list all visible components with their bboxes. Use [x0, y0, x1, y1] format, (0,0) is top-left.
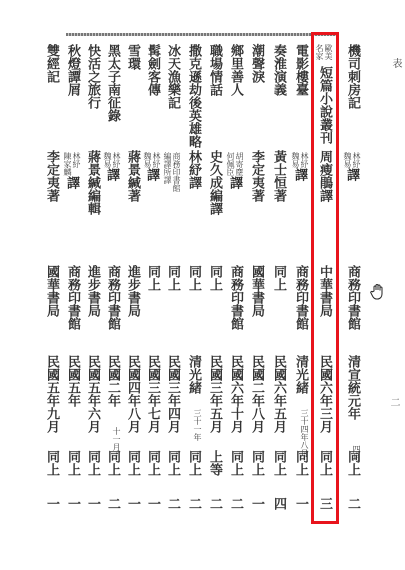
grade: 同上: [63, 450, 81, 476]
author: 史久成編譯: [205, 150, 223, 215]
author: 林紓譯: [184, 150, 202, 189]
table-row: 秋燈譚屑林紓陳家麟譯商務印書館民國五年同上一: [63, 0, 81, 570]
volume-count: 一: [42, 497, 60, 510]
publisher: 商務印書館: [343, 265, 361, 330]
book-title: 雙經記: [42, 44, 60, 83]
translated-suffix: 譯: [63, 176, 81, 189]
author-name: 林紓: [112, 152, 121, 168]
publish-date: 清光緒: [291, 355, 309, 394]
author-cell: 林紓魏易譯: [143, 152, 161, 181]
translated-suffix: 譯: [343, 168, 361, 181]
book-title: 雪環: [123, 44, 141, 70]
author: 蔣景緘編輯: [83, 150, 101, 215]
author-name: 魏易: [343, 152, 352, 168]
publish-date: 民國三年七月: [143, 355, 161, 433]
publisher: 商務印書館: [226, 265, 244, 330]
volume-count: 一: [143, 497, 161, 510]
page-number: 二: [386, 397, 401, 407]
volume-count: 二: [226, 497, 244, 510]
table-row: 黑太子南征錄林紓魏易譯商務印書館民國二年十一月同上二: [103, 0, 121, 570]
book-title: 電影樓臺: [291, 44, 309, 96]
grade: 同上: [42, 450, 60, 476]
author-cell: 商務印書館編譯所譯: [163, 152, 181, 192]
volume-count: 四: [269, 497, 287, 510]
author-cell: 林紓魏易譯: [343, 152, 361, 181]
author-name: 林紓: [152, 152, 161, 168]
grade: 同上: [184, 450, 202, 476]
author: 蔣景緘著: [123, 150, 141, 202]
grade: 上等: [205, 450, 223, 476]
volume-count: 一: [291, 497, 309, 510]
publisher: 進步書局: [83, 265, 101, 317]
volume-count: 一: [83, 497, 101, 510]
author-name: 何佩臣: [226, 152, 235, 176]
author-name: 商務印書館: [172, 152, 181, 192]
author: 黃士恒著: [269, 150, 287, 202]
grade: 同上: [143, 450, 161, 476]
grade: 同上: [343, 450, 361, 476]
publisher: 同上: [143, 265, 161, 291]
publish-date: 民國六年五月: [269, 355, 287, 433]
translated-suffix: 譯: [226, 176, 244, 189]
table-row: 電影樓臺林紓魏易譯商務印書館清光緒三十四年八月同上一: [291, 0, 309, 570]
author: 李定夷著: [42, 150, 60, 202]
volume-count: 二: [184, 497, 202, 510]
highlight-box: [311, 32, 339, 524]
publish-date: 民國五年九月: [42, 355, 60, 433]
translated-suffix: 譯: [291, 168, 309, 181]
publisher: 同上: [184, 265, 202, 291]
grade: 同上: [269, 450, 287, 476]
publisher: 同上: [269, 265, 287, 291]
book-title: 冰天漁樂記: [163, 44, 181, 109]
book-title: 黑太子南征錄: [103, 44, 121, 122]
publish-date: 民國二年八月: [247, 355, 265, 433]
book-title: 鄉里善人: [226, 44, 244, 96]
author-name: 魏易: [291, 152, 300, 168]
publish-date: 民國五年六月: [83, 355, 101, 433]
publish-date: 民國三年五月: [205, 355, 223, 433]
table-row: 冰天漁樂記商務印書館編譯所譯同上民國三年四月同上二: [163, 0, 181, 570]
publish-date: 民國五年: [63, 355, 81, 407]
author-names: 林紓魏易: [143, 152, 161, 168]
book-title: 職場情話: [205, 44, 223, 96]
book-title: 撒克遜劫後英雄略: [184, 44, 202, 148]
publish-date: 民國四年八月: [123, 355, 141, 433]
publisher: 同上: [205, 265, 223, 291]
author-cell: 胡寄塵何佩臣譯: [226, 152, 244, 189]
table-row: 雙經記李定夷著國華書局民國五年九月同上一: [42, 0, 60, 570]
volume-count: 二: [343, 497, 361, 510]
publish-date-detail: 十一月: [103, 427, 121, 451]
grade: 同上: [123, 450, 141, 476]
publish-date: 清宣統元年: [343, 355, 361, 420]
book-title: 髯劍客傳: [143, 44, 161, 96]
publisher: 國華書局: [42, 265, 60, 317]
translated-suffix: 譯: [143, 168, 161, 181]
translated-suffix: 譯: [103, 168, 121, 181]
author-names: 林紓魏易: [103, 152, 121, 168]
author-name: 林紓: [300, 152, 309, 168]
table-row: 雪環蔣景緘著進步書局民國四年八月同上一: [123, 0, 141, 570]
volume-count: 二: [163, 497, 181, 510]
table-row: 髯劍客傳林紓魏易譯同上民國三年七月同上一: [143, 0, 161, 570]
book-title: 秋燈譚屑: [63, 44, 81, 96]
volume-count: 二: [103, 497, 121, 510]
author-name: 胡寄塵: [235, 152, 244, 176]
author-names: 林紓魏易: [343, 152, 361, 168]
volume-count: 一: [63, 497, 81, 510]
publisher: 商務印書館: [103, 265, 121, 330]
table-row: 快活之旅行蔣景緘編輯進步書局民國五年六月同上一: [83, 0, 101, 570]
book-title: 快活之旅行: [83, 44, 101, 109]
author-name: 陳家麟: [63, 152, 72, 176]
table-label: 表: [388, 58, 403, 68]
author-name: 林紓: [352, 152, 361, 168]
volume-count: 一: [247, 497, 265, 510]
grade: 同上: [103, 450, 121, 476]
author-cell: 林紓魏易譯: [103, 152, 121, 181]
author-names: 胡寄塵何佩臣: [226, 152, 244, 176]
book-title: 潮聲淚: [247, 44, 265, 83]
volume-count: 一: [123, 497, 141, 510]
publish-date: 民國六年十月: [226, 355, 244, 433]
author-name: 魏易: [143, 152, 152, 168]
grade: 同上: [247, 450, 265, 476]
publisher: 商務印書館: [291, 265, 309, 330]
grade: 同上: [226, 450, 244, 476]
author-cell: 林紓陳家麟譯: [63, 152, 81, 189]
book-title: 奏淮演義: [269, 44, 287, 96]
publish-date: 民國三年四月: [163, 355, 181, 433]
author-name: 編譯所譯: [163, 152, 172, 192]
grade: 同上: [291, 450, 309, 476]
table-row: 潮聲淚李定夷著國華書局民國二年八月同上一: [247, 0, 265, 570]
publish-date: 民國二年: [103, 355, 121, 407]
table-row: 奏淮演義黃士恒著同上民國六年五月同上四: [269, 0, 287, 570]
hand-grab-icon: [368, 282, 388, 302]
document-page: 表 二 機司刺房記林紓魏易譯商務印書館清宣統元年四月同上二歐美名家短篇小說叢刊周…: [0, 0, 405, 570]
author-name: 林紓: [72, 152, 81, 176]
author-names: 林紓陳家麟: [63, 152, 81, 176]
grade: 同上: [83, 450, 101, 476]
author-name: 魏易: [103, 152, 112, 168]
publish-date: 清光緒: [184, 355, 202, 394]
table-row: 機司刺房記林紓魏易譯商務印書館清宣統元年四月同上二: [343, 0, 361, 570]
volume-count: 二: [205, 497, 223, 510]
table-row: 撒克遜劫後英雄略林紓譯同上清光緒三十一年同上二: [184, 0, 202, 570]
book-title: 機司刺房記: [343, 44, 361, 109]
publisher: 國華書局: [247, 265, 265, 317]
publisher: 進步書局: [123, 265, 141, 317]
publish-date-detail: 三十一年: [184, 409, 202, 441]
table-row: 職場情話史久成編譯同上民國三年五月上等二: [205, 0, 223, 570]
table-row: 鄉里善人胡寄塵何佩臣譯商務印書館民國六年十月同上二: [226, 0, 244, 570]
author-cell: 林紓魏易譯: [291, 152, 309, 181]
grade: 同上: [163, 450, 181, 476]
author-names: 商務印書館編譯所譯: [163, 152, 181, 192]
publisher: 同上: [163, 265, 181, 291]
author-names: 林紓魏易: [291, 152, 309, 168]
author: 李定夷著: [247, 150, 265, 202]
publisher: 商務印書館: [63, 265, 81, 330]
